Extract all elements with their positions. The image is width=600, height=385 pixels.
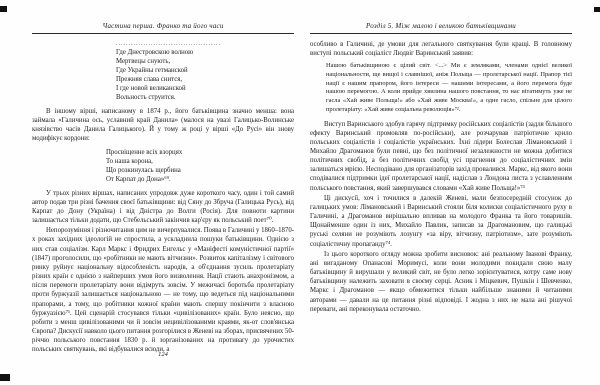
poem-line: Вольность струится. <box>116 93 294 102</box>
paragraph: У трьох різних віршах, написаних упродов… <box>32 189 294 226</box>
paragraph: Виступ Варинського здобув гарячу підтрим… <box>310 120 572 193</box>
poem-line: І где новой великанской <box>116 84 294 93</box>
left-page: Частина перша. Франко та його часи .....… <box>32 22 294 362</box>
paragraph: В іншому вірші, написаному в 1874 р., йо… <box>32 107 294 144</box>
paragraph: Із цього короткого огляду можна зробити … <box>310 250 572 314</box>
scan-artifact <box>594 7 600 12</box>
poem-line: То наша корона, <box>106 157 294 166</box>
poem-quote-2: Просвіщенне всіх взорцях То наша корона,… <box>106 148 294 184</box>
poem-line: Що розкинулась щербина <box>106 166 294 175</box>
poem-line: От Карпат до Дона»⁶⁹. <box>106 175 294 184</box>
paragraph: Ці дискусії, хоч і точилися в далекій Же… <box>310 194 572 249</box>
running-head-left: Частина перша. Франко та його часи <box>32 22 294 33</box>
running-head-right: Розділ 5. Між малою і великою батьківщин… <box>310 22 572 33</box>
page-number: 124 <box>32 351 294 358</box>
poem-omission-dots: ........................................… <box>116 40 294 48</box>
poem-quote-1: ........................................… <box>116 40 294 102</box>
book-spread: Частина перша. Франко та його часи .....… <box>0 0 600 385</box>
poem-line: Где Украйны гетманской <box>116 66 294 75</box>
header-rule-left <box>32 33 294 34</box>
scan-artifact <box>0 374 10 381</box>
right-page: Розділ 5. Між малою і великою батьківщин… <box>310 22 572 362</box>
poem-line: Просвіщенне всіх взорцях <box>106 148 294 157</box>
paragraph: Непорозуміння і різночитання цим не виче… <box>32 226 294 354</box>
paragraph: особливо в Галичині, де умови для легаль… <box>310 40 572 58</box>
poem-line: Мертвецы снують, <box>116 57 294 66</box>
scan-artifact <box>0 6 7 12</box>
poem-line: Прежняя слава снится, <box>116 75 294 84</box>
header-rule-right <box>310 33 572 34</box>
poem-line: Где Днестровскою волною <box>116 48 294 57</box>
speech-blockquote: Нашою батьківщиною є цілий світ. <...> М… <box>326 62 572 114</box>
